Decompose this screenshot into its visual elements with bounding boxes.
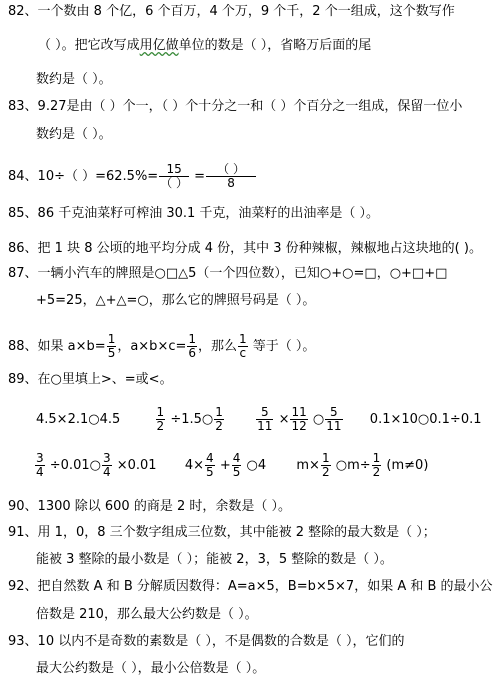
numerator: 1 [372, 452, 382, 466]
denominator: 2 [372, 466, 382, 479]
fraction: 15（ ） [159, 163, 189, 190]
fraction: 45 [205, 452, 215, 479]
operator: × [274, 412, 289, 427]
question-92-line-1: 92、把自然数 A 和 B 分解质因数得：A=a×5，B=b×5×7，如果 A … [8, 579, 493, 595]
question-82-text-b: 单位的数是（ ），省略万后面的尾 [179, 38, 372, 53]
question-88-suffix: 等于（ ）。 [249, 339, 316, 354]
question-89-row-2: 34 ÷0.01○34 ×0.01 4×45 +45 ○4 m×12 ○m÷12… [34, 452, 428, 479]
question-85: 85、86 千克油菜籽可榨油 30.1 千克，油菜籽的出油率是（ ）。 [8, 206, 379, 222]
equals-sign: = [190, 169, 205, 184]
denominator: 2 [321, 466, 331, 479]
operator: 4× [185, 458, 204, 473]
denominator: 4 [102, 466, 112, 479]
denominator: 5 [232, 466, 242, 479]
question-88-mid-1: ，a×b×c= [117, 339, 186, 354]
comparison-1: 4.5×2.1○4.5 [36, 412, 120, 427]
spell-check-underline: 用亿做 [140, 38, 179, 53]
operator: m× [296, 458, 320, 473]
question-89-instruction: 89、在○里填上>、=或<。 [8, 372, 173, 388]
question-84-prefix: 84、10÷（ ）=62.5%= [8, 169, 158, 184]
fraction: 12 [214, 406, 224, 433]
question-93-line-2: 最大公约数是（ ），最小公倍数是（ ）。 [36, 661, 265, 677]
comparison-5: 34 ÷0.01○34 ×0.01 [34, 458, 157, 473]
comparison-7: m×12 ○m÷12 (m≠0) [296, 458, 428, 473]
denominator: 6 [187, 347, 197, 360]
denominator: 5 [107, 347, 117, 360]
question-90: 90、1300 除以 600 的商是 2 时，余数是（ ）。 [8, 499, 291, 515]
denominator: 5 [205, 466, 215, 479]
numerator: 1 [187, 333, 197, 347]
fraction: 45 [232, 452, 242, 479]
numerator: 3 [35, 452, 45, 466]
fraction: 511 [325, 406, 342, 433]
operator: ○ [309, 412, 324, 427]
operator: ○4 [242, 458, 266, 473]
denominator: 8 [206, 177, 256, 190]
numerator: 1 [214, 406, 224, 420]
question-87-line-1: 87、一辆小汽车的牌照是○□△5（一个四位数），已知○+○=□，○+□+□ [8, 266, 447, 282]
denominator: 11 [325, 420, 342, 433]
fraction: 511 [256, 406, 273, 433]
question-83-line-1: 83、9.27是由（ ）个一，（ ）个十分之一和（ ）个百分之一组成，保留一位小 [8, 99, 462, 115]
operator: ÷0.01○ [46, 458, 101, 473]
question-87-line-2: +5=25，△+△=○，那么它的牌照号码是（ ）。 [36, 293, 315, 309]
comparison-2: 12 ÷1.5○12 [155, 412, 225, 427]
denominator: 12 [290, 420, 307, 433]
fraction: 1112 [290, 406, 307, 433]
operator: ÷1.5○ [166, 412, 213, 427]
numerator: 5 [256, 406, 273, 420]
question-93-line-1: 93、10 以内不是奇数的素数是（ ），不是偶数的合数是（ ），它们的 [8, 634, 404, 650]
question-89-row-1: 4.5×2.1○4.5 12 ÷1.5○12 511 ×1112 ○511 0.… [36, 406, 482, 433]
question-91-line-2: 能被 3 整除的最小数是（ ）；能被 2，3，5 整除的数是（ ）。 [36, 552, 393, 568]
denominator: c [238, 347, 248, 360]
operator: ○m÷ [332, 458, 371, 473]
denominator: （ ） [159, 177, 189, 190]
numerator: 4 [232, 452, 242, 466]
question-88: 88、如果 a×b=15，a×b×c=16，那么1c 等于（ ）。 [8, 333, 315, 360]
operator: ×0.01 [113, 458, 157, 473]
fraction: 12 [372, 452, 382, 479]
denominator: 11 [256, 420, 273, 433]
numerator: 1 [156, 406, 166, 420]
numerator: 3 [102, 452, 112, 466]
operator: (m≠0) [382, 458, 428, 473]
numerator: 4 [205, 452, 215, 466]
fraction: （ ）8 [206, 163, 256, 190]
question-91-line-1: 91、用 1，0，8 三个数字组成三位数，其中能被 2 整除的最大数是（ ）； [8, 525, 436, 541]
question-83-line-2: 数约是（ ）。 [36, 127, 112, 143]
fraction: 16 [187, 333, 197, 360]
operator: + [216, 458, 231, 473]
numerator: 15 [159, 163, 189, 177]
numerator: 5 [325, 406, 342, 420]
numerator: 11 [290, 406, 307, 420]
numerator: （ ） [206, 163, 256, 177]
fraction: 12 [321, 452, 331, 479]
denominator: 2 [156, 420, 166, 433]
question-88-prefix: 88、如果 a×b= [8, 339, 106, 354]
numerator: 1 [238, 333, 248, 347]
question-82-line-2: （ ）。把它改写成用亿做单位的数是（ ），省略万后面的尾 [38, 38, 371, 54]
denominator: 4 [35, 466, 45, 479]
fraction: 34 [102, 452, 112, 479]
fraction: 12 [156, 406, 166, 433]
numerator: 1 [321, 452, 331, 466]
fraction: 1c [238, 333, 248, 360]
question-88-mid-2: ，那么 [198, 339, 237, 354]
question-82-text-a: （ ）。把它改写成 [38, 38, 140, 53]
denominator: 2 [214, 420, 224, 433]
numerator: 1 [107, 333, 117, 347]
fraction: 34 [35, 452, 45, 479]
fraction: 15 [107, 333, 117, 360]
question-82-line-3: 数约是（ ）。 [36, 72, 112, 88]
question-86: 86、把 1 块 8 公顷的地平均分成 4 份，其中 3 份种辣椒，辣椒地占这块… [8, 241, 482, 257]
comparison-4: 0.1×10○0.1÷0.1 [370, 412, 482, 427]
question-92-line-2: 倍数是 210，那么最大公约数是（ ）。 [36, 607, 258, 623]
comparison-3: 511 ×1112 ○511 [255, 412, 343, 427]
question-82-line-1: 82、一个数由 8 个亿，6 个百万，4 个万，9 个千，2 个一组成，这个数写… [8, 4, 455, 20]
comparison-6: 4×45 +45 ○4 [185, 458, 266, 473]
question-84: 84、10÷（ ）=62.5%=15（ ） =（ ）8 [8, 163, 257, 190]
